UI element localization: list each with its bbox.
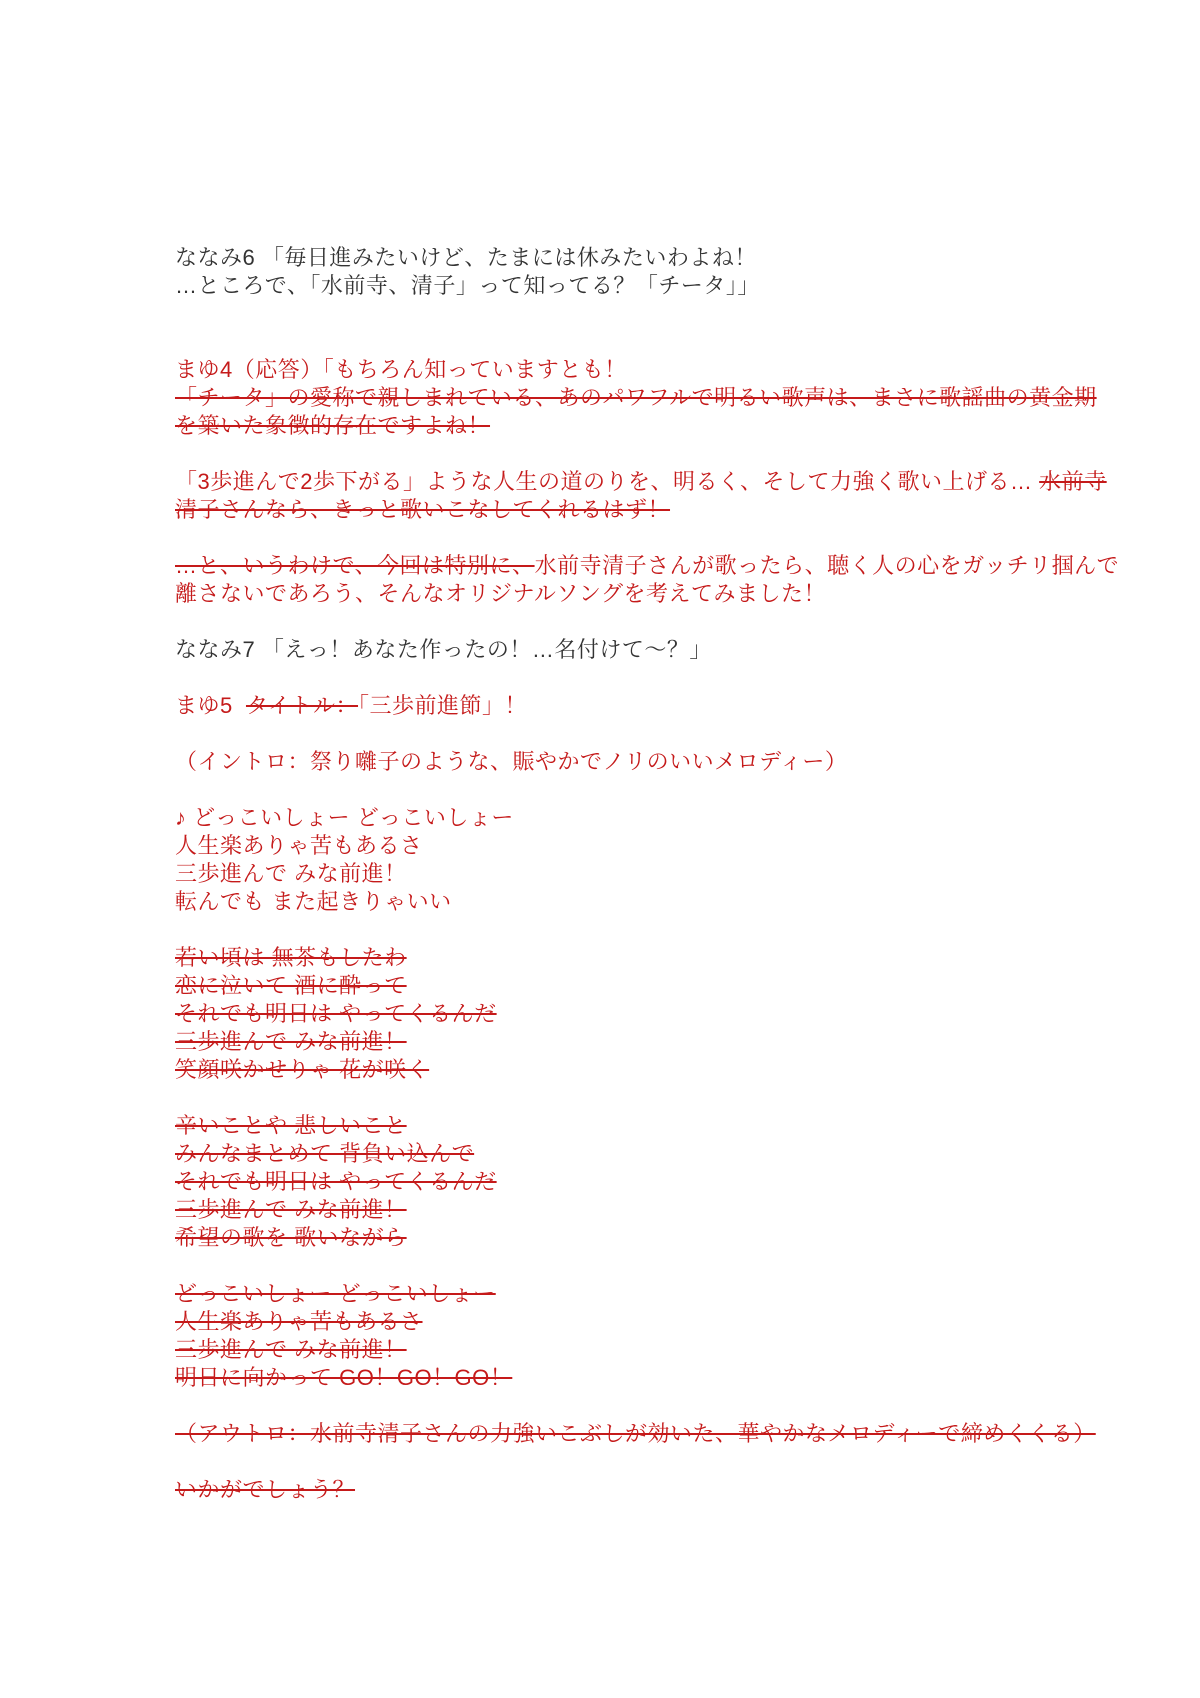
dialogue-nanami6: ななみ6 「毎日進みたいけど、たまには休みたいわよね！…ところで、「水前寺、清子… bbox=[175, 244, 1050, 300]
text-line: 人生楽ありゃ苦もあるさ bbox=[175, 832, 1050, 860]
document-body: ななみ6 「毎日進みたいけど、たまには休みたいわよね！…ところで、「水前寺、清子… bbox=[175, 244, 1050, 1504]
text-line: を築いた象徴的存在ですよね！ bbox=[175, 412, 1050, 440]
text-line: どっこいしょー どっこいしょー bbox=[175, 1280, 1050, 1308]
text-line: 清子さんなら、きっと歌いこなしてくれるはず！ bbox=[175, 496, 1050, 524]
dialogue-mayu4: まゆ4（応答）「もちろん知っていますとも！「チータ」の愛称で親しまれている、あの… bbox=[175, 356, 1050, 440]
deleted-text: 笑顔咲かせりゃ 花が咲く bbox=[175, 1057, 429, 1082]
text-line: それでも明日は やってくるんだ bbox=[175, 1168, 1050, 1196]
text-line: 恋に泣いて 酒に酔って bbox=[175, 972, 1050, 1000]
text-segment: 水前寺清子さんが歌ったら、聴く人の心をガッチリ掴んで bbox=[535, 553, 1120, 578]
deleted-text: 三歩進んで みな前進！ bbox=[175, 1337, 407, 1362]
deleted-text: それでも明日は やってくるんだ bbox=[175, 1169, 497, 1194]
text-line: 笑顔咲かせりゃ 花が咲く bbox=[175, 1056, 1050, 1084]
song-verse-1: ♪ どっこいしょー どっこいしょー人生楽ありゃ苦もあるさ三歩進んで みな前進！転… bbox=[175, 804, 1050, 916]
text-line: 三歩進んで みな前進！ bbox=[175, 860, 1050, 888]
text-line: 明日に向かって GO！GO！GO！ bbox=[175, 1364, 1050, 1392]
text-line: …と、いうわけで、今回は特別に、水前寺清子さんが歌ったら、聴く人の心をガッチリ掴… bbox=[175, 552, 1050, 580]
deleted-text: 清子さんなら、きっと歌いこなしてくれるはず！ bbox=[175, 497, 670, 522]
deleted-text: …と、いうわけで、今回は特別に、 bbox=[175, 553, 535, 578]
text-segment: 離さないであろう、そんなオリジナルソングを考えてみました！ bbox=[175, 581, 826, 606]
text-segment: 転んでも また起きりゃいい bbox=[175, 889, 452, 914]
text-segment: ♪ どっこいしょー どっこいしょー bbox=[175, 805, 514, 830]
text-line: みんなまとめて 背負い込んで bbox=[175, 1140, 1050, 1168]
dialogue-mayu5-title: まゆ5 タイトル：「三歩前進節」！ bbox=[175, 692, 1050, 720]
deleted-text: どっこいしょー どっこいしょー bbox=[175, 1281, 496, 1306]
text-segment: まゆ4（応答）「もちろん知っていますとも！ bbox=[175, 357, 627, 382]
text-line: それでも明日は やってくるんだ bbox=[175, 1000, 1050, 1028]
text-line: 三歩進んで みな前進！ bbox=[175, 1028, 1050, 1056]
song-outro-note: （アウトロ：水前寺清子さんの力強いこぶしが効いた、華やかなメロディーで締めくくる… bbox=[175, 1420, 1050, 1448]
song-verse-2: 若い頃は 無茶もしたわ恋に泣いて 酒に酔ってそれでも明日は やってくるんだ三歩進… bbox=[175, 944, 1050, 1084]
song-verse-4: どっこいしょー どっこいしょー人生楽ありゃ苦もあるさ三歩進んで みな前進！明日に… bbox=[175, 1280, 1050, 1392]
dialogue-nanami7: ななみ7 「えっ！あなた作ったの！…名付けて～？」 bbox=[175, 636, 1050, 664]
deleted-text: 希望の歌を 歌いながら bbox=[175, 1225, 407, 1250]
deleted-text: 恋に泣いて 酒に酔って bbox=[175, 973, 407, 998]
text-line: 離さないであろう、そんなオリジナルソングを考えてみました！ bbox=[175, 580, 1050, 608]
text-line: 辛いことや 悲しいこと bbox=[175, 1112, 1050, 1140]
text-line: 「チータ」の愛称で親しまれている、あのパワフルで明るい歌声は、まさに歌謡曲の黄金… bbox=[175, 384, 1050, 412]
text-line: （イントロ：祭り囃子のような、賑やかでノリのいいメロディー） bbox=[175, 748, 1050, 776]
text-segment: （イントロ：祭り囃子のような、賑やかでノリのいいメロディー） bbox=[175, 749, 847, 774]
text-segment: まゆ5 bbox=[175, 693, 246, 718]
text-line: 三歩進んで みな前進！ bbox=[175, 1336, 1050, 1364]
deleted-text: 三歩進んで みな前進！ bbox=[175, 1197, 407, 1222]
deleted-text: いかがでしょう？ bbox=[175, 1477, 355, 1502]
dialogue-mayu4-pitch: …と、いうわけで、今回は特別に、水前寺清子さんが歌ったら、聴く人の心をガッチリ掴… bbox=[175, 552, 1050, 608]
deleted-text: 辛いことや 悲しいこと bbox=[175, 1113, 407, 1138]
deleted-text: を築いた象徴的存在ですよね！ bbox=[175, 413, 490, 438]
text-line: 「3歩進んで2歩下がる」ような人生の道のりを、明るく、そして力強く歌い上げる… … bbox=[175, 468, 1050, 496]
deleted-text: みんなまとめて 背負い込んで bbox=[175, 1141, 474, 1166]
deleted-text: 三歩進んで みな前進！ bbox=[175, 1029, 407, 1054]
text-line: 三歩進んで みな前進！ bbox=[175, 1196, 1050, 1224]
text-line: いかがでしょう？ bbox=[175, 1476, 1050, 1504]
text-line: ななみ6 「毎日進みたいけど、たまには休みたいわよね！ bbox=[175, 244, 1050, 272]
deleted-text: タイトル： bbox=[246, 693, 358, 718]
text-line: 転んでも また起きりゃいい bbox=[175, 888, 1050, 916]
document-page: ななみ6 「毎日進みたいけど、たまには休みたいわよね！…ところで、「水前寺、清子… bbox=[0, 0, 1200, 1698]
closing-question: いかがでしょう？ bbox=[175, 1476, 1050, 1504]
deleted-text: 水前寺 bbox=[1039, 469, 1107, 494]
text-line: 希望の歌を 歌いながら bbox=[175, 1224, 1050, 1252]
text-segment: 三歩進んで みな前進！ bbox=[175, 861, 407, 886]
text-line: ななみ7 「えっ！あなた作ったの！…名付けて～？」 bbox=[175, 636, 1050, 664]
text-segment: ななみ6 「毎日進みたいけど、たまには休みたいわよね！ bbox=[175, 245, 757, 270]
deleted-text: それでも明日は やってくるんだ bbox=[175, 1001, 497, 1026]
deleted-text: （アウトロ：水前寺清子さんの力強いこぶしが効いた、華やかなメロディーで締めくくる… bbox=[175, 1421, 1096, 1446]
deleted-text: 明日に向かって GO！GO！GO！ bbox=[175, 1365, 512, 1390]
text-segment: ななみ7 「えっ！あなた作ったの！…名付けて～？」 bbox=[175, 637, 712, 662]
text-line: …ところで、「水前寺、清子」って知ってる？「チータ」」 bbox=[175, 272, 1050, 300]
text-segment: …ところで、「水前寺、清子」って知ってる？「チータ」」 bbox=[175, 273, 760, 298]
dialogue-mayu4-continued: 「3歩進んで2歩下がる」ような人生の道のりを、明るく、そして力強く歌い上げる… … bbox=[175, 468, 1050, 524]
text-segment: 「三歩前進節」！ bbox=[358, 693, 527, 718]
song-intro-note: （イントロ：祭り囃子のような、賑やかでノリのいいメロディー） bbox=[175, 748, 1050, 776]
text-line: （アウトロ：水前寺清子さんの力強いこぶしが効いた、華やかなメロディーで締めくくる… bbox=[175, 1420, 1050, 1448]
deleted-text: 「チータ」の愛称で親しまれている、あのパワフルで明るい歌声は、まさに歌謡曲の黄金… bbox=[175, 385, 1097, 410]
text-line: まゆ4（応答）「もちろん知っていますとも！ bbox=[175, 356, 1050, 384]
deleted-text: 人生楽ありゃ苦もあるさ bbox=[175, 1309, 423, 1334]
text-segment: 「3歩進んで2歩下がる」ような人生の道のりを、明るく、そして力強く歌い上げる… bbox=[175, 469, 1039, 494]
deleted-text: 若い頃は 無茶もしたわ bbox=[175, 945, 407, 970]
song-verse-3: 辛いことや 悲しいことみんなまとめて 背負い込んでそれでも明日は やってくるんだ… bbox=[175, 1112, 1050, 1252]
text-line: ♪ どっこいしょー どっこいしょー bbox=[175, 804, 1050, 832]
text-line: 若い頃は 無茶もしたわ bbox=[175, 944, 1050, 972]
text-line: 人生楽ありゃ苦もあるさ bbox=[175, 1308, 1050, 1336]
text-line: まゆ5 タイトル：「三歩前進節」！ bbox=[175, 692, 1050, 720]
text-segment: 人生楽ありゃ苦もあるさ bbox=[175, 833, 423, 858]
